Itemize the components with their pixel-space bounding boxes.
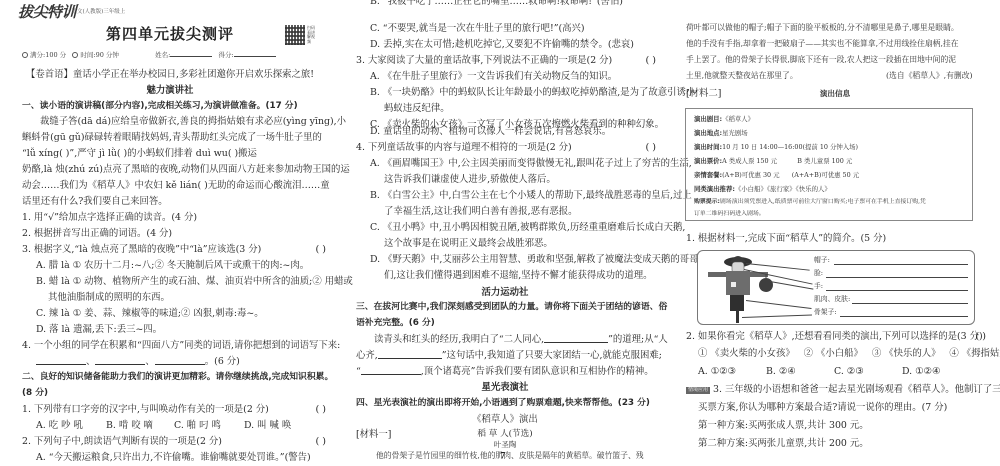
option-continued: 们,这让我们懂得遇到困难不退缩,坚持不懈才能获得成功的道理。 bbox=[384, 271, 652, 280]
score-label: 得分: bbox=[218, 51, 233, 59]
show-title: 《稻草人》演出 bbox=[340, 415, 670, 424]
material1-author: 叶圣陶 bbox=[340, 441, 670, 449]
answer-blanks: 、、。(6 分) bbox=[36, 357, 240, 366]
proverb-line: 心齐,”这句话中,我知道了只要大家团结一心,就能克服困难; bbox=[356, 351, 662, 360]
info-row: 演出票价:A 类成人票 150 元 B 类儿童票 100 元 bbox=[694, 158, 852, 164]
option-continued: 这告诉我们谦虚使人进步,骄傲使人落后。 bbox=[384, 175, 556, 184]
text: 读青头和红头的经历,我明白了“二人同心, bbox=[374, 334, 544, 345]
proverb-line: “,顶个诸葛亮”告诉我们要有团队意识和互相协作的精神。 bbox=[356, 367, 654, 376]
label-face: 脸: bbox=[814, 270, 823, 277]
question-2-4: 4. 下列童话故事的内容与道理不相符的一项是(2 分) bbox=[356, 143, 572, 152]
info-value: 星光剧场 bbox=[722, 129, 748, 137]
info-value: A 类成人票 150 元 B 类儿童票 100 元 bbox=[722, 157, 852, 165]
info-value: 10 月 10 日 14:00—16:00(提前 10 分钟入场) bbox=[722, 143, 858, 151]
answer-line[interactable] bbox=[840, 316, 968, 317]
qr-code-icon[interactable] bbox=[285, 25, 305, 45]
option: A. ①②③ bbox=[698, 367, 736, 376]
question-1-3: 3. 根据字义,“là 烛点亮了黑暗的夜晚”中“là”应该选(3 分) bbox=[22, 245, 261, 254]
option: C. 啪 叼 鸣 bbox=[174, 421, 221, 430]
question-2-3: 3. 大家阅读了大量的童话故事,下列说法不正确的一项是(2 分) bbox=[356, 56, 612, 65]
page-left: 拔尖特训 · 语文(人教版)三年级上 第四单元拔尖测评 扫码看讲解视频 满分:1… bbox=[0, 0, 340, 466]
material1-text: 他的手没有手指,却拿着一把破扇子——其实也不能算拿,不过用线拴住扇柄,挂在 bbox=[686, 40, 959, 48]
material1-text: 手上罢了。他的骨架子长得很,脚底下还有一段,农人把这一段插在田地中间的泥 bbox=[686, 56, 956, 64]
option: A. 《画眉嘴国王》中,公主因美丽而变得傲慢无礼,跟叫花子过上了穷苦的生活, bbox=[370, 159, 692, 168]
option: D. 丢掉,实在太可惜;趁机吃掉它,又要犯不许偷嘴的禁令。(悲哀) bbox=[370, 40, 634, 49]
club-heading-performance: 星光表演社 bbox=[340, 383, 670, 392]
answer-blank[interactable] bbox=[95, 357, 145, 365]
info-label: 演出地点: bbox=[694, 129, 722, 137]
passage-line: 话里还有什么?我们要自己来回答。 bbox=[22, 197, 168, 206]
page-middle: B. “我被牛吃了……正在它的嘴里……救命啊!救命啊!”(害怕) C. “不要哭… bbox=[340, 0, 670, 466]
option: D. 童话里的动物、植物可以像人一样会说话,有喜怒哀乐。 bbox=[370, 127, 611, 136]
material1-text: 土里,他就整天整夜站在那里了。 bbox=[686, 72, 798, 80]
book-subtitle: · 语文(人教版)三年级上 bbox=[68, 10, 125, 16]
material1-source: (选自《稻草人》,有删改) bbox=[886, 72, 973, 80]
text: ”的道理;从“人 bbox=[608, 334, 668, 345]
answer-line[interactable] bbox=[826, 290, 968, 291]
label-muscle-skin: 肌肉、皮肤: bbox=[814, 296, 850, 303]
question-1-1: 1. 用“√”给加点字选择正确的读音。(4 分) bbox=[22, 213, 197, 222]
passage-line: 裁缝子答(dā dá)应给皇帝做新衣,善良的拇指姑娘有求必应(yìng yīng… bbox=[40, 117, 346, 126]
option: B. ②④ bbox=[766, 367, 796, 376]
info-row: 订单二维码扫码进入剧场。 bbox=[694, 212, 765, 218]
full-score: 满分:100 分 bbox=[30, 51, 66, 59]
option: C. “不要哭,就当是一次在牛肚子里的旅行吧!”(高兴) bbox=[370, 24, 585, 33]
info-label: 演出剧目: bbox=[694, 115, 722, 123]
option: A. 《在牛肚子里旅行》一文告诉我们有关动物反刍的知识。 bbox=[370, 72, 617, 81]
option-continued: 了幸福生活,这让我们明白善有善报,恶有恶报。 bbox=[384, 207, 577, 216]
text: ,顶个诸葛亮”告诉我们要有团队意识和互相协作的精神。 bbox=[421, 366, 654, 377]
section2-title: 二、良好的知识储备能助力我们的演讲更加精彩。请你继续挑战,完成知识积累。 bbox=[22, 373, 333, 382]
answer-blank[interactable] bbox=[36, 357, 86, 365]
passage-line: 奶酪,là 烛(zhú zú)点亮了黑暗的夜晚,动物们从四面八方赶来参加动物王国… bbox=[22, 165, 350, 174]
info-value: (A+B)可优惠 30 元 (A+A+B)可优惠 50 元 bbox=[722, 171, 859, 179]
question-1-4: 4. 一个小组的同学在积累和“四面八方”同类的词语,请你把想到的词语写下来: bbox=[22, 341, 340, 350]
score-note: 。(6 分) bbox=[205, 356, 240, 367]
time-limit: 时间:90 分钟 bbox=[80, 51, 119, 59]
name-field[interactable] bbox=[170, 51, 212, 57]
option: D. 叫 喊 唤 bbox=[244, 421, 291, 430]
label-hand: 手: bbox=[814, 283, 823, 290]
plan-2: 第二种方案:买两张儿童票,共计 200 元。 bbox=[698, 439, 869, 448]
intro-text: 【卷首语】童话小学正在举办校园日,多彩社团邀你开启欢乐探索之旅! bbox=[26, 70, 314, 79]
option: B. 蜡 là ① 动物、植物所产生的或石油、煤、油页岩中所含的油质;② 用蜡或 bbox=[36, 277, 353, 286]
material1-text: 他的骨架子是竹园里的细竹枝,他的肌肉、皮肤是隔年的黄稻草。破竹篮子、残 bbox=[376, 452, 644, 460]
material1-title: 稻 草 人(节选) bbox=[340, 430, 670, 439]
name-label: 姓名: bbox=[155, 51, 170, 59]
info-label: 亲情套餐: bbox=[694, 171, 722, 179]
option: A. “今天搬运粮食,只许出力,不许偷嘴。谁偷嘴就要处罚谁。”(警告) bbox=[36, 453, 311, 462]
option: B. “我被牛吃了……正在它的嘴里……救命啊!救命啊!”(害怕) bbox=[370, 0, 623, 6]
scarecrow-icon bbox=[704, 252, 784, 324]
proverb-blank[interactable] bbox=[361, 367, 421, 375]
section3-title-cont: 语补充完整。(6 分) bbox=[356, 319, 435, 328]
info-row: 同类演出推荐:《小白船》《旅行家》《快乐的人》 bbox=[694, 186, 831, 192]
option: C. 辣 là ① 姜、蒜、辣椒等的味道;② 凶狠,刺毒:毒~。 bbox=[36, 309, 264, 318]
info-label: 同类演出推荐: bbox=[694, 185, 735, 193]
exam-meta: 满分:100 分 时间:90 分钟 姓名: 得分: bbox=[22, 51, 276, 59]
option: C. 《丑小鸭》中,丑小鸭因相貌丑陋,被鸭群欺负,历经重重磨难后长成白天鹅, bbox=[370, 223, 685, 232]
context-tag: 情境应用 bbox=[686, 387, 710, 394]
exam-spread: 拔尖特训 · 语文(人教版)三年级上 第四单元拔尖测评 扫码看讲解视频 满分:1… bbox=[0, 0, 1000, 466]
info-row: 购票提示:剧场演出须凭票进入,纸质票可前往大厅窗口购买;电子票可在手机上直接订购… bbox=[694, 200, 926, 206]
section1-title: 一、读小语的演讲稿(部分内容),完成相关练习,为演讲做准备。(17 分) bbox=[22, 102, 298, 111]
answer-line[interactable] bbox=[834, 264, 968, 265]
info-row: 亲情套餐:(A+B)可优惠 30 元 (A+A+B)可优惠 50 元 bbox=[694, 172, 859, 178]
info-row: 演出地点:星光剧场 bbox=[694, 130, 748, 136]
option: D. ①②④ bbox=[902, 367, 940, 376]
question-text: 3. 三年级的小语想和爸爸一起去星光剧场观看《稻草人》。他制订了三种 bbox=[713, 384, 1000, 395]
page-number: 7 bbox=[500, 451, 506, 459]
option: A. 吃 吵 吼 bbox=[36, 421, 83, 430]
material1-text: 荷叶都可以做他的帽子;帽子下面的脸平板板的,分不清哪里是鼻子,哪里是眼睛。 bbox=[686, 24, 959, 32]
material2-title: 演出信息 bbox=[670, 90, 1000, 98]
text: ”这句话中,我知道了只要大家团结一心,就能克服困难; bbox=[442, 350, 662, 361]
option: B. 《一块奶酪》中的蚂蚁队长让年龄最小的蚂蚁吃掉奶酪渣,是为了故意引诱小 bbox=[370, 88, 695, 97]
qr-caption: 扫码看讲解视频 bbox=[307, 26, 317, 44]
info-row: 演出剧目:《稻草人》 bbox=[694, 116, 754, 122]
club-heading-speech: 魅力演讲社 bbox=[0, 86, 340, 95]
answer-paren[interactable]: ( ) bbox=[315, 245, 326, 255]
answer-paren[interactable]: ( ) bbox=[645, 143, 656, 153]
answer-paren[interactable]: ( ) bbox=[315, 437, 326, 447]
answer-paren[interactable]: ( ) bbox=[975, 332, 986, 342]
option-continued: 这个故事是在说明正义最终会战胜邪恶。 bbox=[384, 239, 553, 248]
info-label: 演出票价: bbox=[694, 157, 722, 165]
answer-blank[interactable] bbox=[155, 357, 205, 365]
option-continued: 其他油脂制成的照明的东西。 bbox=[48, 293, 170, 302]
passage-line: 蝌蚪骨(gū gǔ)碌碌转着眼睛找妈妈,青头帮助红头完成了一场牛肚子里的 bbox=[22, 133, 322, 142]
club-heading-sports: 活力运动社 bbox=[340, 288, 670, 297]
question-2-1: 1. 下列带有口字旁的汉字中,与叫唤动作有关的一项是(2 分) bbox=[22, 405, 269, 414]
proverb-line: 读青头和红头的经历,我明白了“二人同心,”的道理;从“人 bbox=[374, 335, 668, 344]
section2-score: (8 分) bbox=[22, 389, 48, 398]
option: B. 啃 咬 嘀 bbox=[106, 421, 153, 430]
info-label: 演出时间: bbox=[694, 143, 722, 151]
question-1-2: 2. 根据拼音写出正确的词语。(4 分) bbox=[22, 229, 172, 238]
answer-paren[interactable]: ( ) bbox=[645, 56, 656, 66]
info-value: 剧场演出须凭票进入,纸质票可前往大厅窗口购买;电子票可在手机上直接订购,凭 bbox=[720, 199, 926, 205]
info-value: 《稻草人》 bbox=[722, 115, 754, 123]
label-skeleton: 骨架子: bbox=[814, 309, 837, 316]
question-4-1: 1. 根据材料一,完成下面“稻草人”的简介。(5 分) bbox=[686, 234, 886, 243]
info-label: 购票提示: bbox=[694, 199, 720, 205]
plan-1: 第一种方案:买两张成人票,共计 300 元。 bbox=[698, 421, 869, 430]
passage-line: 动会……我们为《稻草人》中农妇 kě lián( )无助的命运而心酸流泪……童 bbox=[22, 181, 330, 190]
proverb-blank[interactable] bbox=[544, 335, 608, 343]
option: D. 落 là 遗漏,丢下:丢三~四。 bbox=[36, 325, 162, 334]
text: 心齐, bbox=[356, 350, 378, 361]
circle-icon bbox=[72, 52, 78, 58]
score-field[interactable] bbox=[234, 51, 276, 57]
option: B. 《白雪公主》中,白雪公主在七个小矮人的帮助下,最终战胜恶毒的皇后,过上 bbox=[370, 191, 692, 200]
question-4-3: 情境应用 3. 三年级的小语想和爸爸一起去星光剧场观看《稻草人》。他制订了三种 bbox=[686, 385, 1000, 394]
q2-items: ① 《卖火柴的小女孩》 ② 《小白船》 ③ 《快乐的人》 ④ 《拇指姑娘》 bbox=[698, 349, 1000, 358]
answer-paren[interactable]: ( ) bbox=[315, 405, 326, 415]
scarecrow-diagram: 帽子: 脸: 手: 肌肉、皮肤: 骨架子: bbox=[697, 250, 975, 325]
passage-line: “lǚ xíng( )”,严守 jì lǜ( )的小蚂蚁们排着 duì wu( … bbox=[22, 149, 257, 158]
question-2-2: 2. 下列句子中,朗读语气判断有误的一项是(2 分) bbox=[22, 437, 222, 446]
option: D. 《野天鹅》中,艾丽莎公主用智慧、勇敢和坚强,解救了被魔法变成天鹅的哥哥 bbox=[370, 255, 698, 264]
info-value: 订单二维码扫码进入剧场。 bbox=[694, 211, 765, 217]
option-continued: 蚂蚁违反纪律。 bbox=[384, 104, 450, 113]
question-4-3-cont: 买票方案,你认为哪种方案最合适?请说一说你的理由。(7 分) bbox=[698, 403, 947, 412]
section3-title: 三、在拔河比赛中,我们深刻感受到团队的力量。请你将下面关于团结的谚语、俗 bbox=[356, 303, 667, 312]
info-row: 演出时间:10 月 10 日 14:00—16:00(提前 10 分钟入场) bbox=[694, 144, 858, 150]
label-hat: 帽子: bbox=[814, 257, 830, 264]
option: C. ②③ bbox=[834, 367, 864, 376]
info-value: 《小白船》《旅行家》《快乐的人》 bbox=[735, 185, 831, 193]
section4-title: 四、星光表演社的演出即将开始,小语遇到了购票难题,快来帮帮他。(23 分) bbox=[356, 399, 650, 408]
answer-line[interactable] bbox=[826, 277, 968, 278]
question-4-2: 2. 如果你看完《稻草人》,还想看看同类的演出,下列可以选择的是(3 分) bbox=[686, 332, 983, 341]
proverb-blank[interactable] bbox=[378, 351, 442, 359]
circle-icon bbox=[22, 52, 28, 58]
performance-info-box: 演出剧目:《稻草人》 演出地点:星光剧场 演出时间:10 月 10 日 14:0… bbox=[685, 108, 973, 221]
option: A. 腊 là ① 农历十二月:~八;② 冬天腌制后风干或熏干的肉:~肉。 bbox=[36, 261, 309, 270]
answer-line[interactable] bbox=[852, 303, 968, 304]
